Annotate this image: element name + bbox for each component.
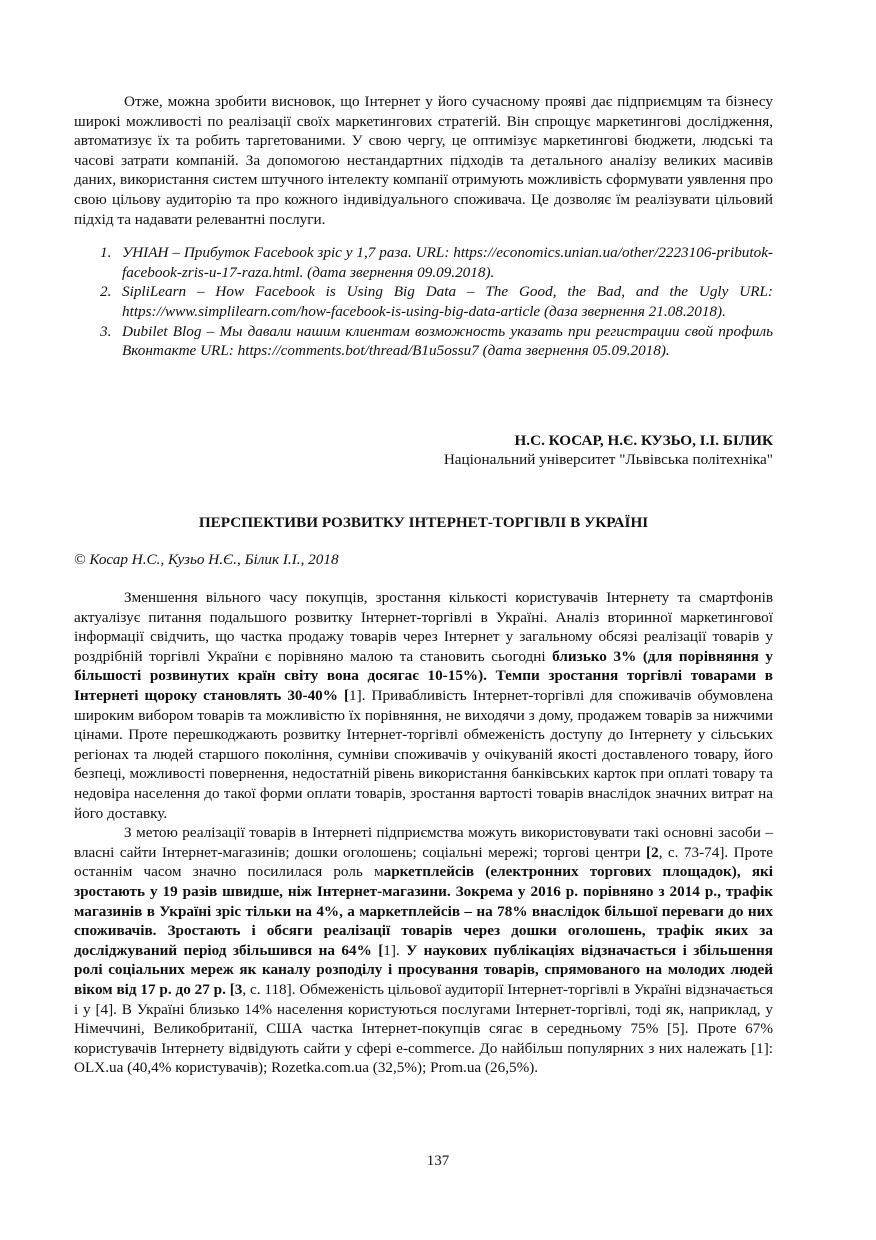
- page-number: 137: [0, 1153, 876, 1170]
- reference-item: 1. УНІАН – Прибуток Facebook зріс у 1,7 …: [74, 243, 773, 282]
- reference-text: SipliLearn – How Facebook is Using Big D…: [122, 283, 773, 320]
- reference-item: 3. Dubilet Blog – Мы давали нашим клиент…: [74, 322, 773, 361]
- reference-list: 1. УНІАН – Прибуток Facebook зріс у 1,7 …: [74, 243, 773, 361]
- emphasized-text: [2: [646, 844, 659, 861]
- copyright-line: © Косар Н.С., Кузьо Н.Є., Білик І.І., 20…: [74, 550, 773, 570]
- paragraph-text: 1]. Привабливість Інтернет-торгівлі для …: [74, 687, 773, 822]
- article-paragraph-2: З метою реалізації товарів в Інтернеті п…: [74, 823, 773, 1078]
- reference-number: 1.: [100, 243, 111, 263]
- paragraph-text: 1].: [383, 942, 406, 959]
- conclusion-paragraph: Отже, можна зробити висновок, що Інтерне…: [74, 92, 773, 229]
- reference-text: Dubilet Blog – Мы давали нашим клиентам …: [122, 323, 773, 360]
- article-title: ПЕРСПЕКТИВИ РОЗВИТКУ ІНТЕРНЕТ-ТОРГІВЛІ В…: [74, 513, 773, 533]
- reference-number: 3.: [100, 322, 111, 342]
- reference-number: 2.: [100, 282, 111, 302]
- page-content: Отже, можна зробити висновок, що Інтерне…: [74, 92, 773, 1078]
- article-paragraph-1: Зменшення вільного часу покупців, зроста…: [74, 588, 773, 823]
- reference-text: УНІАН – Прибуток Facebook зріс у 1,7 раз…: [122, 244, 773, 281]
- article-authors: Н.С. КОСАР, Н.Є. КУЗЬО, І.І. БІЛИК: [74, 431, 773, 451]
- reference-item: 2. SipliLearn – How Facebook is Using Bi…: [74, 282, 773, 321]
- author-affiliation: Національний університет "Львівська полі…: [74, 450, 773, 470]
